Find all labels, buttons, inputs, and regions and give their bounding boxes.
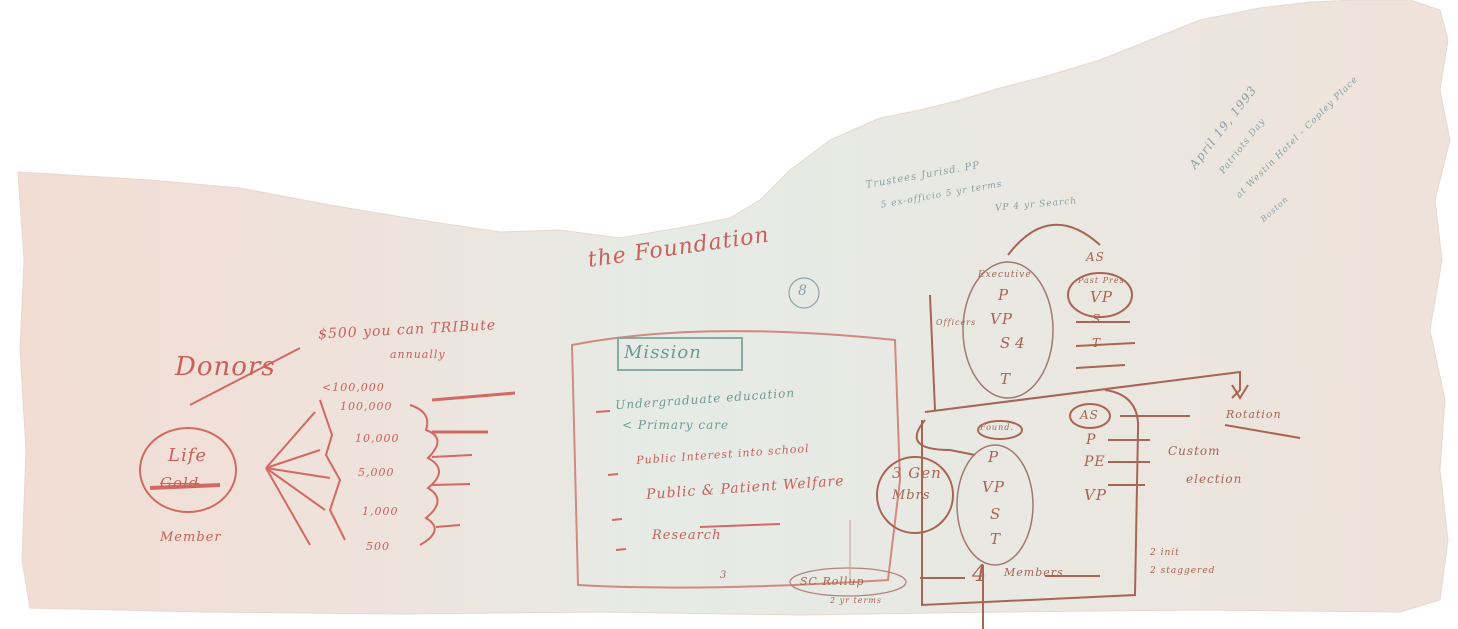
role: PE <box>1084 454 1106 470</box>
role: P <box>998 286 1009 304</box>
role: S <box>1000 334 1011 352</box>
role: VP <box>1084 486 1107 504</box>
mission-item: Research <box>652 528 721 543</box>
vp-label: VP <box>1090 288 1113 306</box>
member-count: 4 <box>1015 334 1026 352</box>
small-mark: 3 <box>720 570 727 581</box>
gen-members-line1: 3 Gen <box>892 464 942 482</box>
life-label: Life <box>168 445 207 466</box>
tier-label: 10,000 <box>355 432 400 445</box>
rollup-sublabel: 2 yr terms <box>830 596 882 605</box>
tier-label: 5,000 <box>358 466 395 479</box>
mission-title: Mission <box>624 342 702 363</box>
past-pres-label: Past Pres <box>1078 276 1125 285</box>
rotation-note: Rotation <box>1226 408 1282 421</box>
terms-note-1: 2 init <box>1150 548 1180 558</box>
donors-title: Donors <box>175 352 276 382</box>
role: AS <box>1080 408 1099 422</box>
donors-note-line2: annually <box>390 348 446 361</box>
gold-struck-label: Gold <box>160 474 199 492</box>
found-title: Found. <box>980 423 1014 432</box>
paper-shape <box>18 0 1450 615</box>
members-label: Members <box>1004 566 1064 579</box>
gen-members-line2: Mbrs <box>892 488 931 503</box>
role: P <box>1086 432 1096 448</box>
officers-label: Officers <box>936 318 976 327</box>
circled-number: 8 <box>798 283 808 299</box>
struck-role: T <box>1092 336 1101 350</box>
role: S <box>990 505 1001 523</box>
role: T <box>1000 370 1011 388</box>
tier-label: 1,000 <box>362 505 399 518</box>
custom-note: Custom <box>1168 444 1221 458</box>
bottom-count: 4 <box>972 562 987 587</box>
role: VP <box>982 478 1005 496</box>
executive-title: Executive <box>978 270 1032 280</box>
role: VP <box>990 310 1013 328</box>
role: P <box>988 448 999 466</box>
member-label: Member <box>160 530 222 545</box>
role: T <box>990 530 1001 548</box>
election-note: election <box>1186 472 1242 486</box>
tier-label: 500 <box>366 540 390 553</box>
torn-paper-document: Donors $500 you can TRIBute annually Lif… <box>0 0 1458 629</box>
rollup-label: SC Rollup <box>800 575 865 588</box>
struck-role: S <box>1092 312 1101 326</box>
mission-item: < Primary care <box>622 418 729 432</box>
tier-label: 100,000 <box>340 400 393 413</box>
terms-note-2: 2 staggered <box>1150 566 1215 576</box>
as-label: AS <box>1086 250 1105 264</box>
tier-label: <100,000 <box>322 381 385 394</box>
